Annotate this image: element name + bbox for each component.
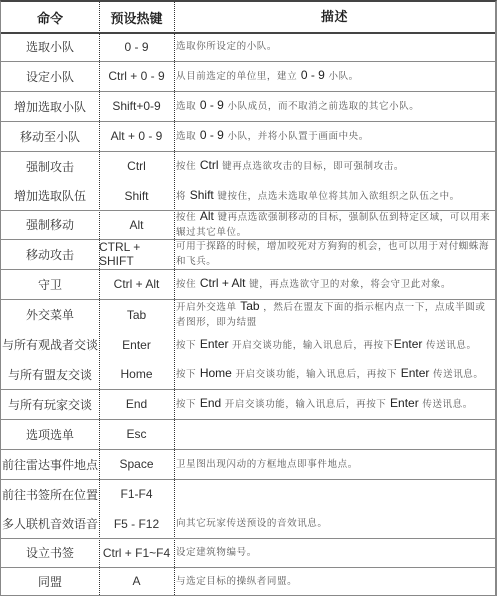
text-segment: 小队。 (325, 71, 359, 82)
key-name: Shift (190, 188, 214, 202)
text-segment: 传送讯息。 (422, 340, 476, 351)
description-cell: 按住 Ctrl 键再点选欲攻击的目标，即可强制攻击。 (174, 151, 495, 181)
table-row: 移动攻击CTRL + SHIFT可用于探路的时候，增加咬死对方狗狗的机会，也可以… (1, 239, 495, 270)
description-cell: 卫星图出现闪动的方框地点即事件地点。 (174, 449, 495, 479)
text-segment: 设定建筑物编号。 (176, 547, 257, 558)
description-cell: 设定建筑物编号。 (174, 538, 495, 567)
text-segment: 按住 (176, 212, 200, 223)
hotkey-cell: 0 - 9 (99, 32, 174, 61)
table-row: 与所有盟友交谈Home按下 Home 开启交谈功能，输入讯息后，再按下 Ente… (1, 359, 495, 390)
table-row: 强制攻击Ctrl按住 Ctrl 键再点选欲攻击的目标，即可强制攻击。 (1, 151, 495, 181)
hotkey-cell: Home (99, 359, 174, 389)
description-cell: 按住 Ctrl + Alt 键，再点选欲守卫的对象，将会守卫此对象。 (174, 269, 495, 299)
hotkey-cell: Space (99, 449, 174, 479)
hotkey-cell: Ctrl + F1~F4 (99, 538, 174, 567)
key-name: Enter (394, 337, 423, 351)
command-cell: 前往雷达事件地点 (1, 449, 99, 479)
description-cell: 从目前选定的单位里，建立 0 - 9 小队。 (174, 61, 495, 91)
description-cell: 开启外交选单 Tab ，然后在盟友下面的指示框内点一下，点成半圆或者图形，即为结… (174, 299, 495, 330)
description-cell: 选取你所设定的小队。 (174, 32, 495, 61)
description-text: 向其它玩家传送预设的音效讯息。 (176, 516, 328, 531)
text-segment: 键，再点选欲守卫的对象，将会守卫此对象。 (246, 279, 452, 290)
description-text: 与选定目标的操纵者同盟。 (176, 574, 297, 589)
key-name: Enter (200, 337, 229, 351)
description-cell: 可用于探路的时候，增加咬死对方狗狗的机会，也可以用于对付蜘蛛海和飞兵。 (174, 239, 495, 269)
description-text: 可用于探路的时候，增加咬死对方狗狗的机会，也可以用于对付蜘蛛海和飞兵。 (176, 239, 491, 269)
table-row: 同盟A与选定目标的操纵者同盟。 (1, 567, 495, 595)
command-cell: 前往书签所在位置 (1, 479, 99, 509)
table-row: 选取小队0 - 9选取你所设定的小队。 (1, 32, 495, 62)
command-cell: 选取小队 (1, 32, 99, 61)
command-cell: 设立书签 (1, 538, 99, 567)
description-text: 选取 0 - 9 小队成员，而不取消之前选取的其它小队。 (176, 98, 419, 114)
command-cell: 同盟 (1, 567, 99, 595)
text-segment: 传送讯息。 (429, 369, 483, 380)
hotkey-cell: Shift+0-9 (99, 91, 174, 121)
text-segment: 小队成员，而不取消之前选取的其它小队。 (224, 101, 420, 112)
command-cell: 与所有观战者交谈 (1, 330, 99, 359)
hotkey-cell: Ctrl + 0 - 9 (99, 61, 174, 91)
command-cell: 增加选取小队 (1, 91, 99, 121)
text-segment: 键再点选欲攻击的目标，即可强制攻击。 (219, 161, 404, 172)
text-segment: 按下 (176, 399, 200, 410)
command-cell: 守卫 (1, 269, 99, 299)
command-cell: 与所有盟友交谈 (1, 359, 99, 389)
text-segment: 按下 (176, 369, 200, 380)
text-segment: 开启交谈功能，输入讯息后，再按下 (232, 369, 401, 380)
description-cell: 选取 0 - 9 小队，并将小队置于画面中央。 (174, 121, 495, 151)
hotkey-cell: Shift (99, 181, 174, 210)
hotkey-cell: End (99, 389, 174, 419)
header-command: 命令 (1, 2, 99, 32)
description-cell: 与选定目标的操纵者同盟。 (174, 567, 495, 595)
description-text: 选取你所设定的小队。 (176, 39, 277, 54)
description-text: 卫星图出现闪动的方框地点即事件地点。 (176, 457, 358, 472)
hotkey-cell: Ctrl (99, 151, 174, 181)
table-row: 增加选取小队Shift+0-9选取 0 - 9 小队成员，而不取消之前选取的其它… (1, 91, 495, 122)
command-cell: 强制攻击 (1, 151, 99, 181)
description-text: 按住 Ctrl 键再点选欲攻击的目标，即可强制攻击。 (176, 158, 404, 174)
text-segment: 开启外交选单 (176, 302, 240, 313)
key-name: Tab (240, 299, 259, 313)
text-segment: 卫星图出现闪动的方框地点即事件地点。 (176, 459, 358, 470)
command-cell: 与所有玩家交谈 (1, 389, 99, 419)
hotkey-cell: A (99, 567, 174, 595)
key-name: Enter (401, 366, 430, 380)
text-segment: 从目前选定的单位里，建立 (176, 71, 301, 82)
text-segment: 传送讯息。 (419, 399, 473, 410)
description-text: 按下 Enter 开启交谈功能，输入讯息后，再按下Enter 传送讯息。 (176, 337, 477, 353)
key-name: 0 - 9 (200, 128, 224, 142)
table-row: 与所有玩家交谈End按下 End 开启交谈功能，输入讯息后，再按下 Enter … (1, 389, 495, 420)
table-row: 移动至小队Alt + 0 - 9选取 0 - 9 小队，并将小队置于画面中央。 (1, 121, 495, 152)
description-text: 从目前选定的单位里，建立 0 - 9 小队。 (176, 68, 359, 84)
key-name: 0 - 9 (200, 98, 224, 112)
key-name: End (200, 396, 221, 410)
text-segment: 按下 (176, 340, 200, 351)
description-text: 按下 End 开启交谈功能，输入讯息后，再按下 Enter 传送讯息。 (176, 396, 473, 412)
text-segment: 与选定目标的操纵者同盟。 (176, 576, 297, 587)
hotkey-cell: Ctrl + Alt (99, 269, 174, 299)
command-cell: 设定小队 (1, 61, 99, 91)
table-row: 守卫Ctrl + Alt按住 Ctrl + Alt 键，再点选欲守卫的对象，将会… (1, 269, 495, 300)
hotkey-cell: Tab (99, 299, 174, 330)
table-row: 强制移动Alt按住 Alt 键再点选欲强制移动的目标，强制队伍到特定区域，可以用… (1, 210, 495, 240)
hotkey-table: 命令 预设热键 描述 选取小队0 - 9选取你所设定的小队。设定小队Ctrl +… (0, 0, 497, 596)
table-row: 外交菜单Tab开启外交选单 Tab ，然后在盟友下面的指示框内点一下，点成半圆或… (1, 299, 495, 330)
key-name: Home (200, 366, 232, 380)
command-cell: 移动攻击 (1, 239, 99, 269)
description-cell: 按下 Home 开启交谈功能，输入讯息后，再按下 Enter 传送讯息。 (174, 359, 495, 389)
table-row: 前往雷达事件地点Space卫星图出现闪动的方框地点即事件地点。 (1, 449, 495, 480)
description-cell: 按住 Alt 键再点选欲强制移动的目标，强制队伍到特定区域，可以用来辗过其它单位… (174, 210, 495, 239)
hotkey-cell: CTRL + SHIFT (99, 239, 174, 269)
description-text: 按住 Ctrl + Alt 键，再点选欲守卫的对象，将会守卫此对象。 (176, 276, 451, 292)
description-text: 按下 Home 开启交谈功能，输入讯息后，再按下 Enter 传送讯息。 (176, 366, 484, 382)
command-cell: 增加选取队伍 (1, 181, 99, 210)
description-text: 开启外交选单 Tab ，然后在盟友下面的指示框内点一下，点成半圆或者图形，即为结… (176, 299, 491, 330)
table-row: 设定小队Ctrl + 0 - 9从目前选定的单位里，建立 0 - 9 小队。 (1, 61, 495, 92)
hotkey-cell: Esc (99, 419, 174, 449)
text-segment: 小队，并将小队置于画面中央。 (224, 131, 369, 142)
description-cell: 将 Shift 键按住，点选未选取单位将其加入欲组织之队伍之中。 (174, 181, 495, 210)
description-cell: 选取 0 - 9 小队成员，而不取消之前选取的其它小队。 (174, 91, 495, 121)
description-cell: 向其它玩家传送预设的音效讯息。 (174, 509, 495, 538)
text-segment: 向其它玩家传送预设的音效讯息。 (176, 518, 328, 529)
text-segment: 键按住，点选未选取单位将其加入欲组织之队伍之中。 (214, 191, 460, 202)
header-hotkey: 预设热键 (99, 2, 174, 32)
hotkey-cell: F1-F4 (99, 479, 174, 509)
command-cell: 外交菜单 (1, 299, 99, 330)
table-header: 命令 预设热键 描述 (1, 2, 495, 34)
key-name: Ctrl (200, 158, 219, 172)
table-row: 前往书签所在位置F1-F4 (1, 479, 495, 509)
key-name: Ctrl + Alt (200, 276, 246, 290)
key-name: Alt (200, 209, 214, 223)
table-row: 多人联机音效语音F5 - F12向其它玩家传送预设的音效讯息。 (1, 509, 495, 539)
table-row: 设立书签Ctrl + F1~F4设定建筑物编号。 (1, 538, 495, 568)
text-segment: 选取 (176, 101, 200, 112)
text-segment: 按住 (176, 279, 200, 290)
command-cell: 强制移动 (1, 210, 99, 239)
text-segment: 选取你所设定的小队。 (176, 41, 277, 52)
description-text: 选取 0 - 9 小队，并将小队置于画面中央。 (176, 128, 369, 144)
hotkey-cell: Enter (99, 330, 174, 359)
key-name: Enter (390, 396, 419, 410)
command-cell: 移动至小队 (1, 121, 99, 151)
text-segment: 将 (176, 191, 190, 202)
text-segment: 选取 (176, 131, 200, 142)
text-segment: 按住 (176, 161, 200, 172)
description-cell: 按下 End 开启交谈功能，输入讯息后，再按下 Enter 传送讯息。 (174, 389, 495, 419)
command-cell: 选项选单 (1, 419, 99, 449)
description-text: 设定建筑物编号。 (176, 545, 257, 560)
header-description: 描述 (174, 2, 495, 32)
table-row: 与所有观战者交谈Enter按下 Enter 开启交谈功能，输入讯息后，再按下En… (1, 330, 495, 359)
key-name: 0 - 9 (301, 68, 325, 82)
table-row: 选项选单Esc (1, 419, 495, 450)
text-segment: 开启交谈功能，输入讯息后，再按下 (229, 340, 394, 351)
hotkey-cell: Alt + 0 - 9 (99, 121, 174, 151)
text-segment: 可用于探路的时候，增加咬死对方狗狗的机会，也可以用于对付蜘蛛海和飞兵。 (176, 241, 489, 267)
description-text: 按住 Alt 键再点选欲强制移动的目标，强制队伍到特定区域，可以用来辗过其它单位… (176, 209, 491, 240)
description-text: 将 Shift 键按住，点选未选取单位将其加入欲组织之队伍之中。 (176, 188, 460, 204)
description-cell: 按下 Enter 开启交谈功能，输入讯息后，再按下Enter 传送讯息。 (174, 330, 495, 359)
table-row: 增加选取队伍Shift将 Shift 键按住，点选未选取单位将其加入欲组织之队伍… (1, 181, 495, 211)
description-cell (174, 479, 495, 509)
hotkey-cell: Alt (99, 210, 174, 239)
hotkey-cell: F5 - F12 (99, 509, 174, 538)
text-segment: 开启交谈功能，输入讯息后，再按下 (221, 399, 390, 410)
text-segment: 键再点选欲强制移动的目标，强制队伍到特定区域，可以用来辗过其它单位。 (176, 212, 490, 238)
description-cell (174, 419, 495, 449)
command-cell: 多人联机音效语音 (1, 509, 99, 538)
